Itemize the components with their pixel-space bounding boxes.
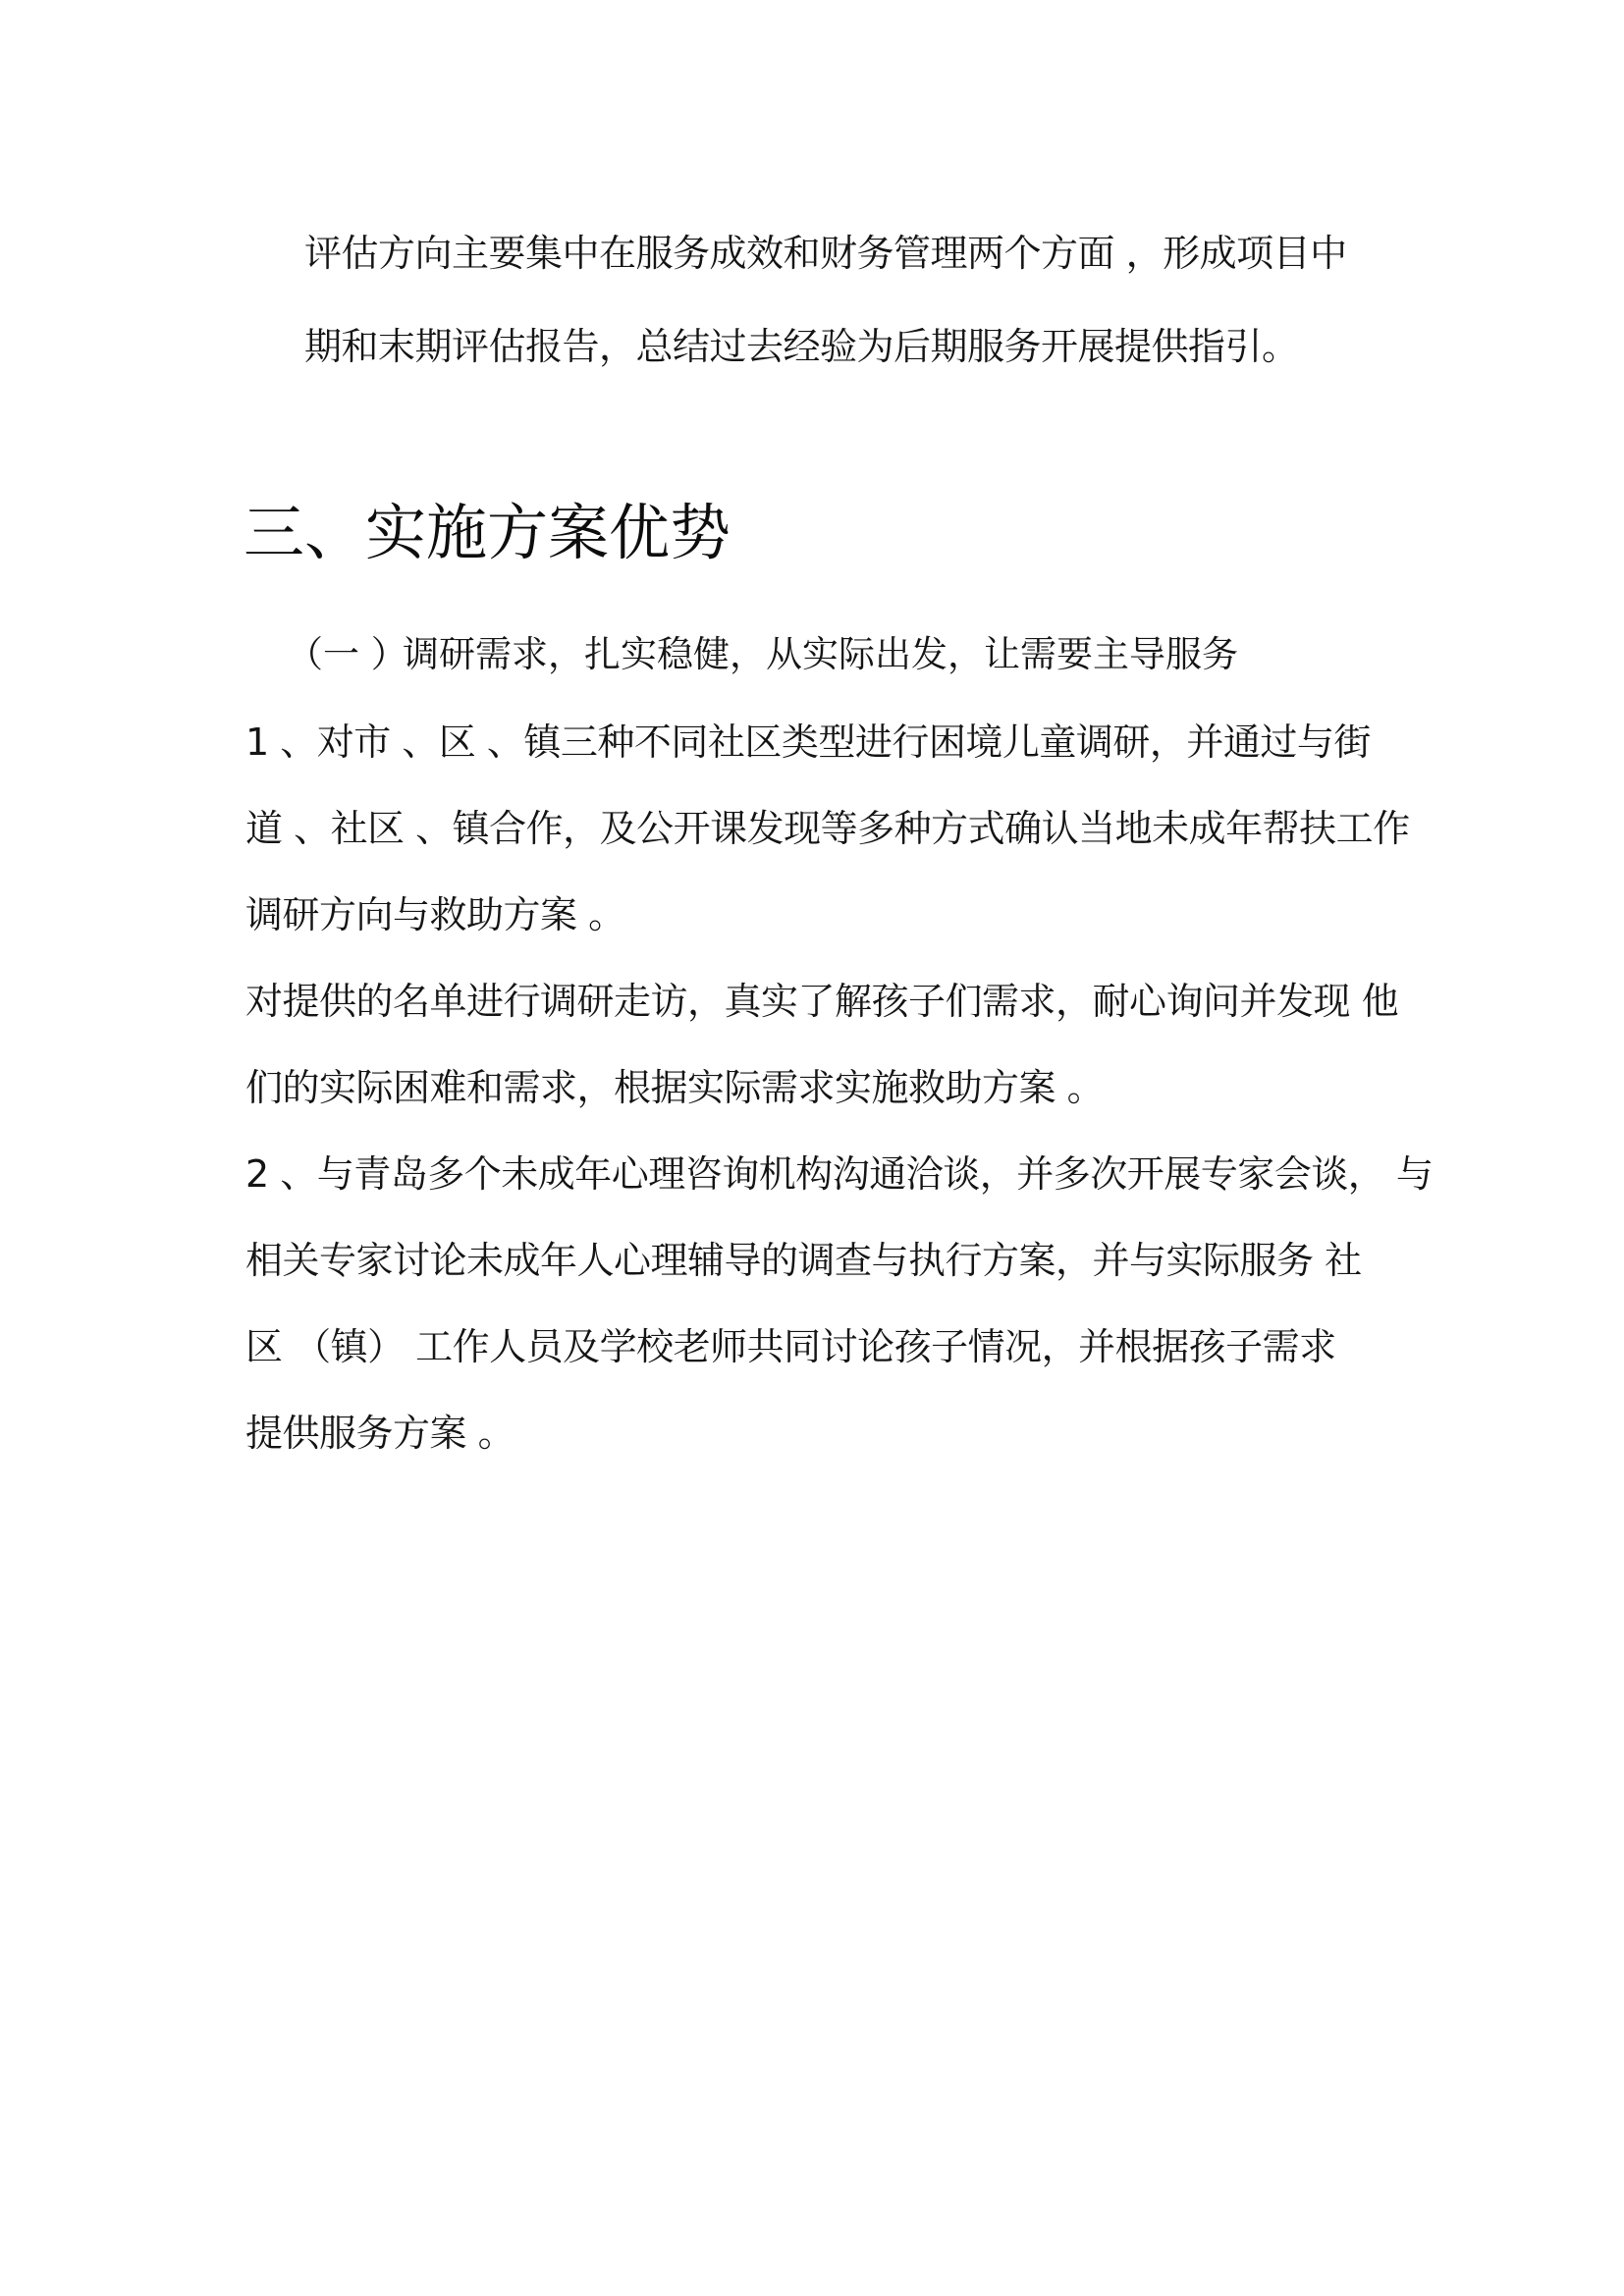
text-line: 提供服务方案 。: [245, 1412, 514, 1455]
text-line: 调研方向与救助方案 。: [245, 893, 625, 936]
subsection-heading: （一 ）调研需求，扎实稳健，从实际出发，让需要主导服务: [287, 633, 1238, 676]
subsection-number: （一 ）: [287, 633, 403, 676]
text-line: 对提供的名单进行调研走访，真实了解孩子们需求，耐心询问并发现 他: [245, 980, 1398, 1023]
section-heading: 三、实施方案优势: [244, 498, 731, 568]
text-line: 评估方向主要集中在服务成效和财务管理两个方面 ，形成项目中: [304, 232, 1347, 275]
text-line: 期和末期评估报告，总结过去经验为后期服务开展提供指引。: [304, 325, 1299, 368]
text-line: 区 （镇） 工作人员及学校老师共同讨论孩子情况，并根据孩子需求: [245, 1325, 1336, 1368]
document-page: 评估方向主要集中在服务成效和财务管理两个方面 ，形成项目中 期和末期评估报告，总…: [0, 0, 1624, 2296]
text-line: 相关专家讨论未成年人心理辅导的调查与执行方案，并与实际服务 社: [245, 1239, 1362, 1282]
subsection-title: 调研需求，扎实稳健，从实际出发，让需要主导服务: [403, 633, 1238, 675]
text-line: 1 、对市 、区 、镇三种不同社区类型进行困境儿童调研，并通过与街: [245, 721, 1371, 764]
text-line: 道 、社区 、镇合作，及公开课发现等多种方式确认当地未成年帮扶工作: [245, 807, 1410, 850]
text-line: 2 、与青岛多个未成年心理咨询机构沟通洽谈，并多次开展专家会谈， 与: [245, 1152, 1433, 1196]
text-line: 们的实际困难和需求，根据实际需求实施救助方案 。: [245, 1066, 1104, 1109]
